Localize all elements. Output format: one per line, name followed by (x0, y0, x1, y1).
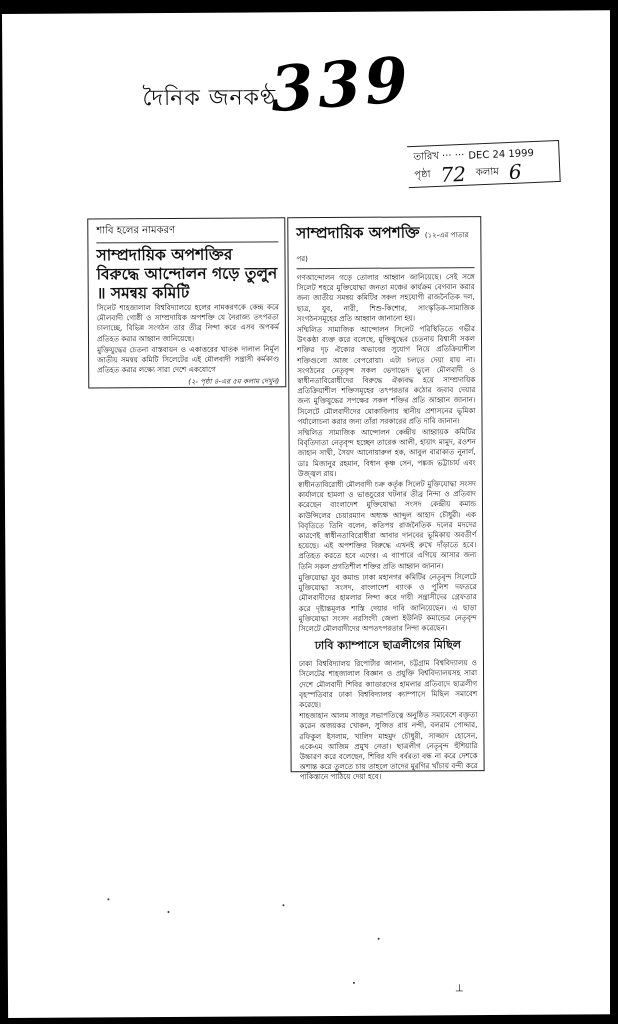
scan-speck (378, 938, 380, 940)
page-value: 72 (440, 162, 466, 187)
article-paragraph: স্বাধীনতাবিরোধী মৌলবাদী চক্র কর্তৃক সিলে… (298, 479, 477, 572)
article-headline: সাম্প্রদায়িক অপশক্তির বিরুদ্ধে আন্দোলন … (96, 245, 278, 303)
scan-speck (167, 911, 169, 913)
column-value: 6 (508, 160, 522, 185)
date-value: DEC 24 1999 (468, 148, 534, 162)
article-paragraph: ঢাকা বিশ্ববিদ্যালয় রিপোর্টার জানান, চট্… (299, 658, 477, 710)
page-label: পৃষ্ঠা (414, 167, 431, 185)
handwritten-archive-number: 339 (268, 43, 415, 127)
left-news-clipping: শাবি হলের নামকরণ সাম্প্রদায়িক অপশক্তির … (87, 217, 286, 388)
scan-speck (282, 904, 284, 906)
article-subhead: ঢাবি ক্যাম্পাসে ছাত্রলীগের মিছিল (299, 636, 477, 656)
article-headline: সাম্প্রদায়িক অপশক্তি (১২-এর পাতার পর) (296, 221, 474, 269)
article-paragraph: সিলেট শাহজালাল বিশ্ববিদ্যালয়ে হলের নামক… (97, 302, 279, 344)
article-paragraph: শাহজাহান আলম সাজুর সভাপতিত্বে অনুষ্ঠিত স… (299, 710, 477, 783)
column-label: কলাম (476, 164, 500, 182)
date-stamp: তারিখ ··· ··· DEC 24 1999 পৃষ্ঠা 72 কলাম… (407, 140, 561, 188)
scanned-page: দৈনিক জনকণ্ঠ 339 তারিখ ··· ··· DEC 24 19… (2, 10, 616, 1018)
newspaper-masthead: দৈনিক জনকণ্ঠ (142, 80, 276, 118)
scan-speck (353, 982, 355, 984)
continuation-note: (২- পৃষ্ঠা ৪-এর ৫ম কলাম দেখুন) (97, 376, 279, 389)
pencil-mark: ⊥ (455, 983, 464, 994)
article-paragraph: মুক্তিযুদ্ধের চেতনা বাস্তবায়ন ও একাত্তর… (97, 344, 279, 376)
scan-right-border (610, 0, 618, 1024)
article-paragraph: সম্মিলিত সামাজিক আন্দোলন কেন্দ্রীয় আহ্ব… (298, 427, 476, 479)
article-paragraph: সম্মিলিত সামাজিক আন্দোলন সিলেট পরিস্থিতি… (297, 324, 476, 427)
right-news-clipping: সাম্প্রদায়িক অপশক্তি (১২-এর পাতার পর) গ… (287, 216, 484, 772)
headline-text: সাম্প্রদায়িক অপশক্তি (296, 223, 419, 242)
article-paragraph: গণআন্দোলন গড়ে তোলার আহ্বান জানিয়েছে। স… (297, 272, 475, 324)
scan-speck (107, 898, 109, 900)
article-paragraph: মুক্তিযোদ্ধা যুব কমান্ড ঢাকা মহানগর কমিট… (298, 572, 476, 634)
article-kicker: শাবি হলের নামকরণ (96, 222, 278, 243)
